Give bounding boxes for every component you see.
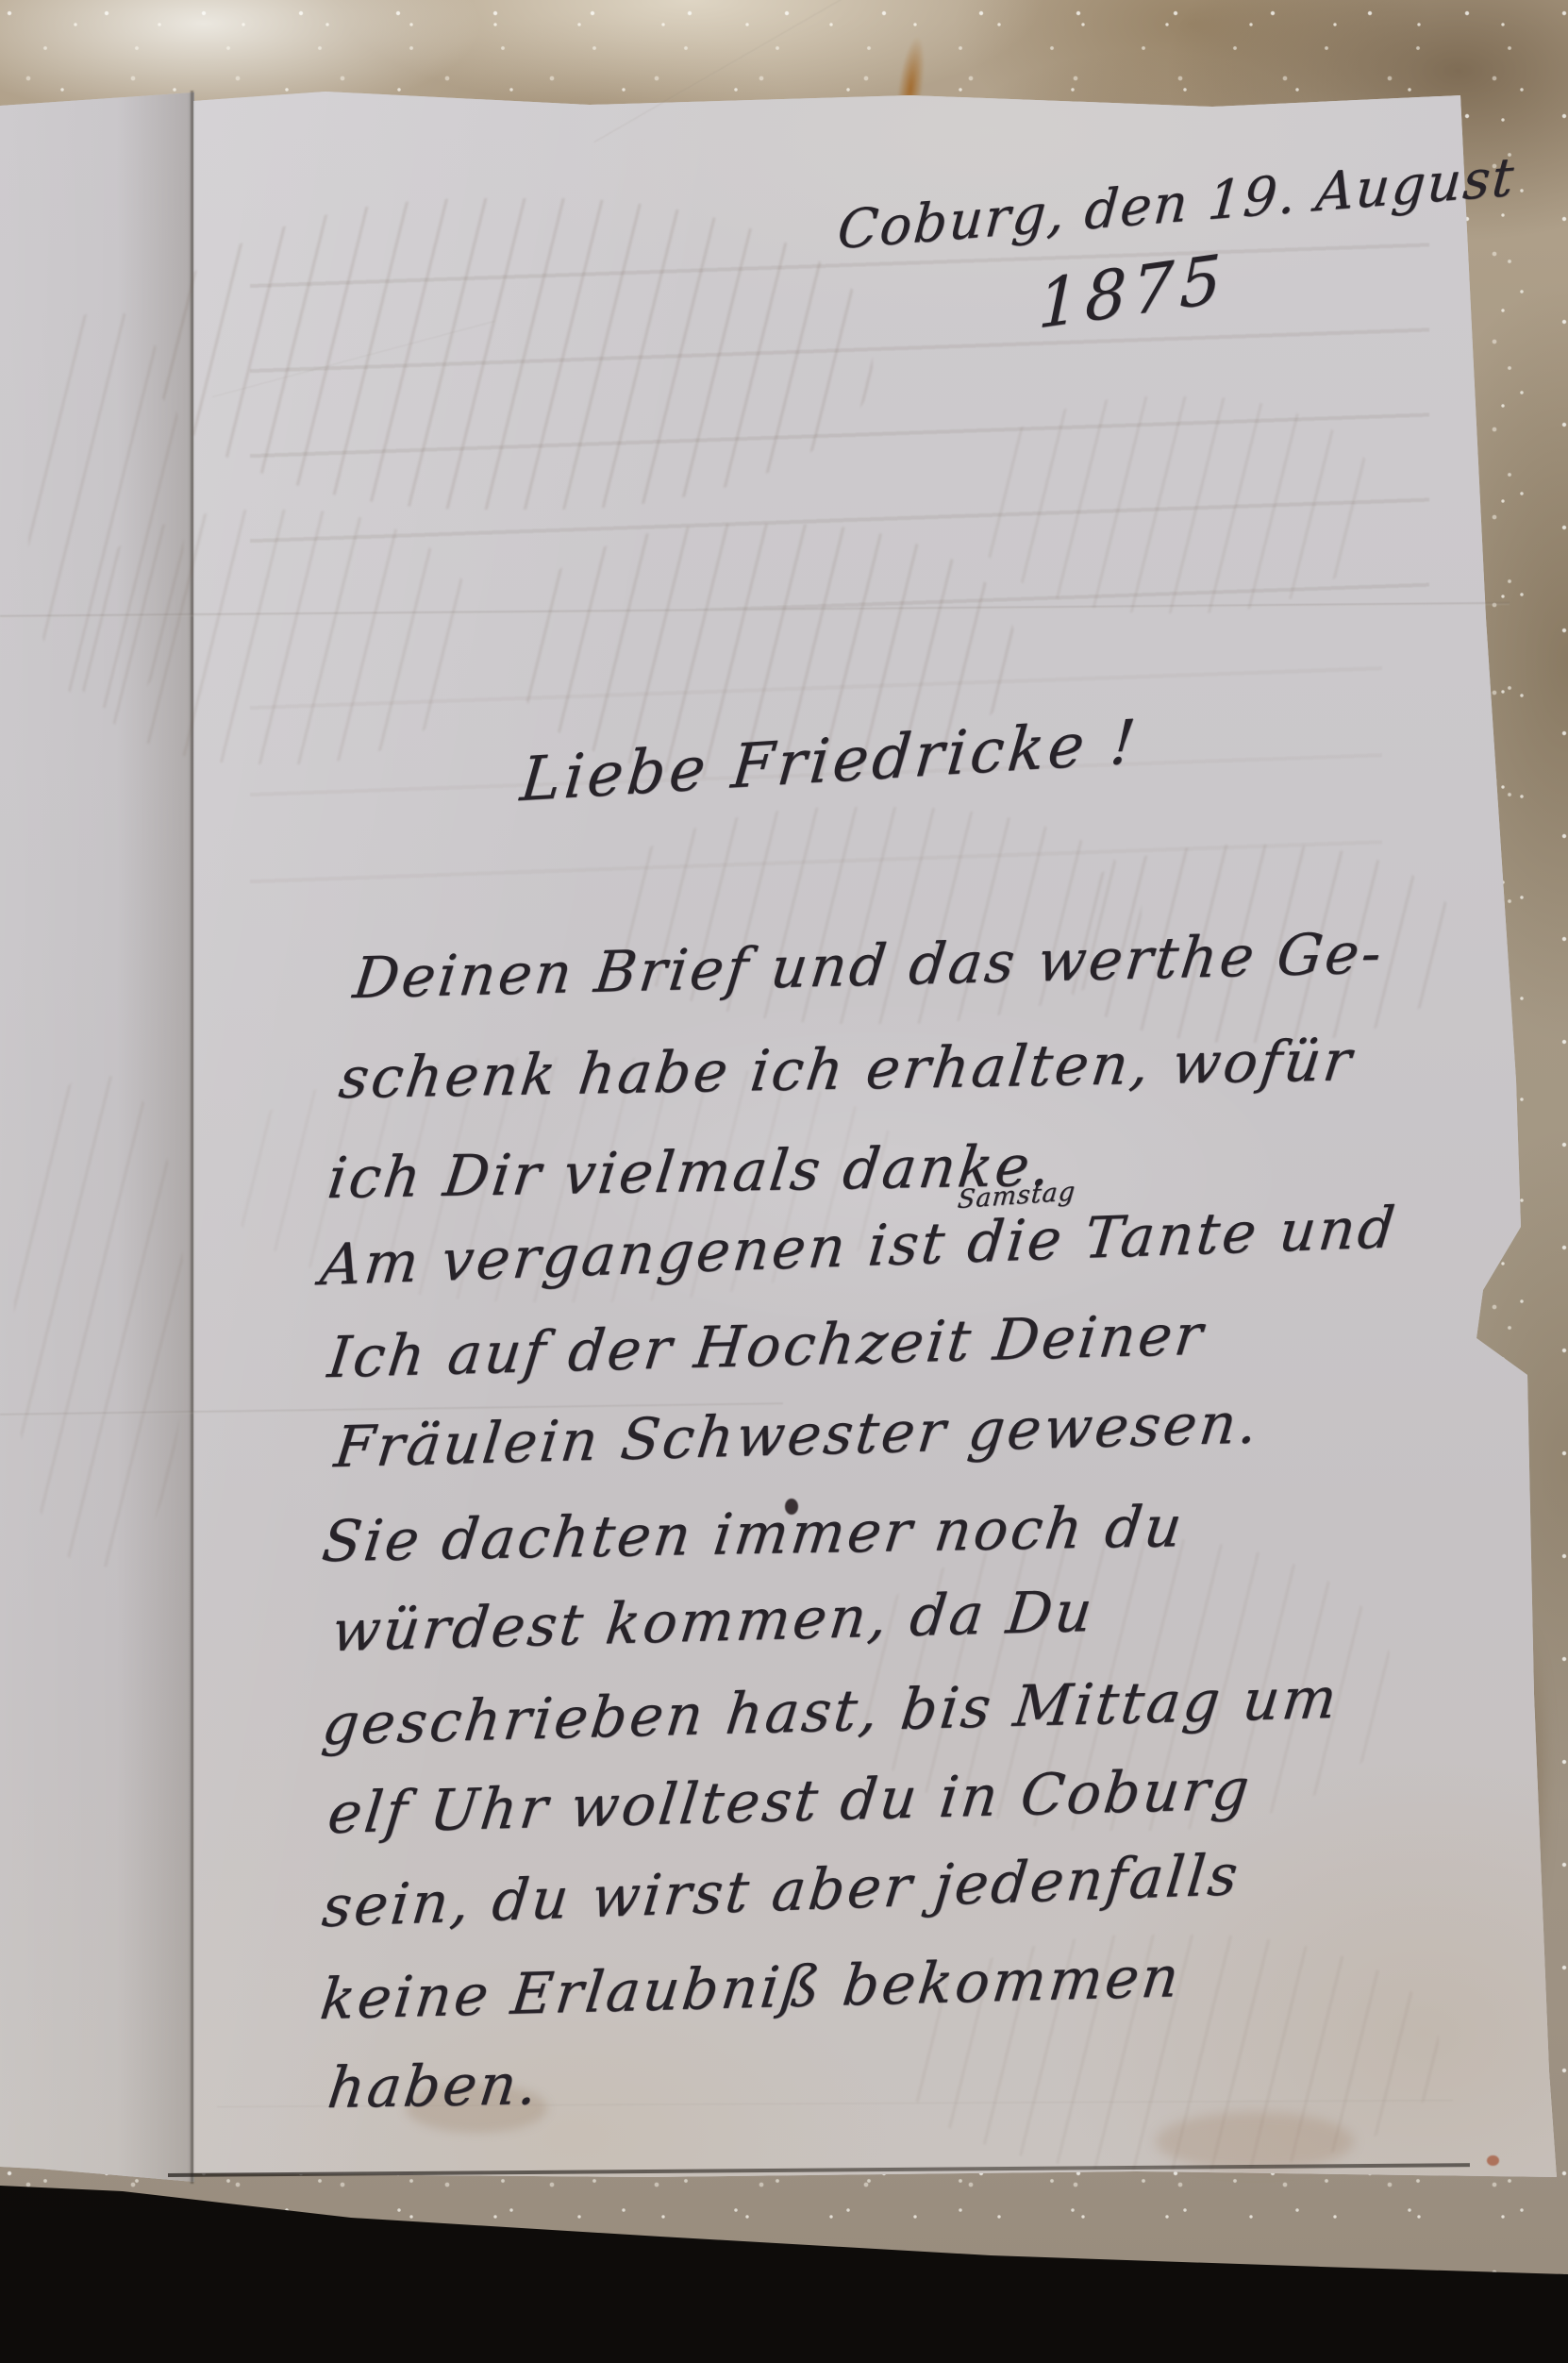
body-line-13: haben. <box>325 2052 544 2121</box>
letter-paper-left-fold <box>0 92 194 2183</box>
vertical-fold-crease <box>190 91 194 2184</box>
photo-scene: Coburg, den 19. August 1875 Liebe Friedr… <box>0 0 1568 2363</box>
body-line-3: ich Dir vielmals danke. <box>325 1133 1057 1213</box>
